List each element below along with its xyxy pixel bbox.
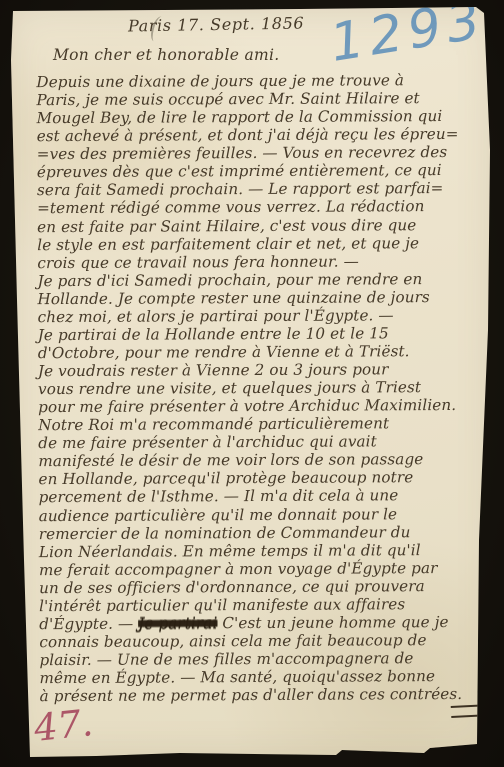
salutation: Mon cher et honorable ami. — [53, 46, 280, 64]
letter-line: épreuves dès que c'est imprimé entièreme… — [37, 161, 473, 181]
letter-line: remercier de la nomination de Commandeur… — [39, 522, 475, 542]
letter-line: le style en est parfaitement clair et ne… — [37, 233, 473, 253]
photographed-letter-scan: Paris 17. Sept. 1856 1293 Mon cher et ho… — [0, 0, 504, 767]
letter-line: =tement rédigé comme vous verrez. La réd… — [37, 197, 473, 217]
letter-line: chez moi, et alors je partirai pour l'Ég… — [38, 306, 474, 326]
letter-line: vous rendre une visite, et quelques jour… — [38, 378, 474, 398]
letter-line: me ferait accompagner à mon voyage d'Égy… — [39, 559, 475, 579]
letter-line: Notre Roi m'a recommandé particulièremen… — [38, 414, 474, 434]
letter-line: même en Égypte. — Ma santé, quoiqu'assez… — [39, 667, 475, 687]
letter-line: crois que ce travail nous fera honneur. … — [37, 251, 473, 271]
letter-line: un de ses officiers d'ordonnance, ce qui… — [39, 577, 475, 597]
letter-line: Je partirai de la Hollande entre le 10 e… — [38, 324, 474, 344]
letter-line: plaisir. — Une de mes filles m'accompagn… — [39, 649, 475, 669]
letter-body: Depuis une dixaine de jours que je me tr… — [36, 71, 475, 705]
letter-line: pour me faire présenter à votre Archiduc… — [38, 396, 474, 416]
letter-line: audience particulière qu'il me donnait p… — [39, 504, 475, 524]
struck-line-before: d'Égypte. — — [39, 614, 138, 633]
letter-line: à présent ne me permet pas d'aller dans … — [40, 685, 476, 705]
letter-line: Hollande. Je compte rester une quinzaine… — [37, 288, 473, 308]
letter-line: l'intérêt particulier qu'il manifeste au… — [39, 595, 475, 615]
letter-line: Mougel Bey, de lire le rapport de la Com… — [37, 107, 473, 127]
letter-line: de me faire présenter à l'archiduc qui a… — [38, 432, 474, 452]
page-number-annotation: 47. — [32, 701, 95, 750]
letter-line: Je voudrais rester à Vienne 2 ou 3 jours… — [38, 360, 474, 380]
letter-line: Depuis une dixaine de jours que je me tr… — [36, 71, 472, 91]
letter-line: en Hollande, parcequ'il protège beaucoup… — [38, 468, 474, 488]
end-of-page-double-dash — [451, 704, 492, 718]
letter-line: d'Octobre, pour me rendre à Vienne et à … — [38, 342, 474, 362]
letter-line: Paris, je me suis occupé avec Mr. Saint … — [36, 89, 472, 109]
letter-line: manifesté le désir de me voir lors de so… — [38, 450, 474, 470]
letter-line: connais beaucoup, ainsi cela me fait bea… — [39, 631, 475, 651]
crossed-out-word: Je partirai — [138, 614, 217, 632]
letter-line: en est faite par Saint Hilaire, c'est vo… — [37, 215, 473, 235]
letter-line: est achevé à présent, et dont j'ai déjà … — [37, 125, 473, 145]
body-paragraph-1: Depuis une dixaine de jours que je me tr… — [36, 71, 475, 615]
archive-number-annotation: 1293 — [326, 0, 490, 74]
letter-line: Lion Néerlandais. En même temps il m'a d… — [39, 540, 475, 560]
letter-line: Je pars d'ici Samedi prochain, pour me r… — [37, 270, 473, 290]
letter-line: sera fait Samedi prochain. — Le rapport … — [37, 179, 473, 199]
letter-line: =ves des premières feuilles. — Vous en r… — [37, 143, 473, 163]
letter-line-with-strike: d'Égypte. — Je partirai C'est un jeune h… — [39, 613, 475, 633]
letter-page: Paris 17. Sept. 1856 1293 Mon cher et ho… — [0, 0, 504, 767]
struck-line-after: C'est un jeune homme que je — [217, 613, 448, 632]
letter-line: percement de l'Isthme. — Il m'a dit cela… — [39, 486, 475, 506]
dateline: Paris 17. Sept. 1856 — [128, 13, 304, 35]
body-paragraph-2: connais beaucoup, ainsi cela me fait bea… — [39, 631, 475, 706]
